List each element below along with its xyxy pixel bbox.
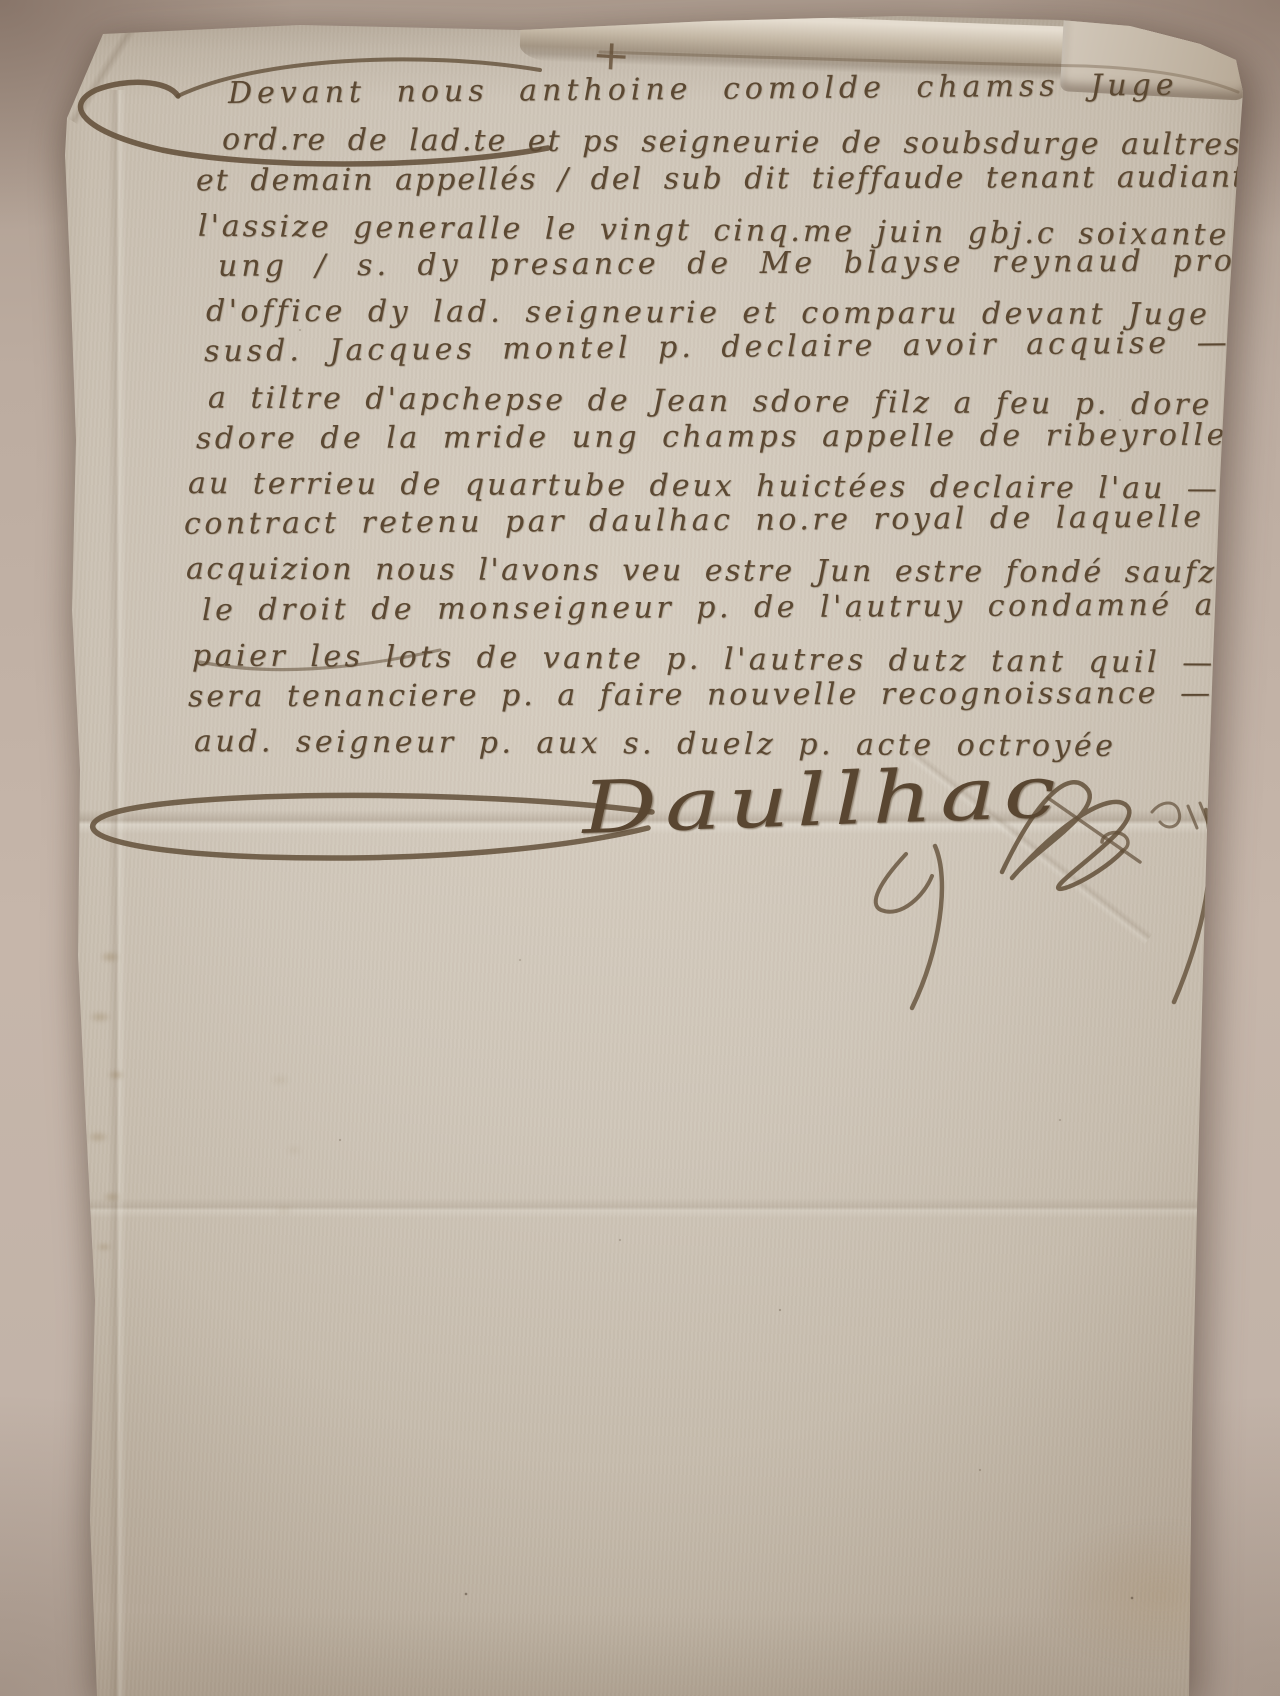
manuscript-text: Devant nous anthoine comolde chamss Juge… xyxy=(0,74,1280,762)
text-line: ung / s. dy presance de Me blayse reynau… xyxy=(0,239,1280,289)
paraph-abbreviation xyxy=(1152,803,1208,828)
lower-mark-descender xyxy=(912,846,942,1008)
text-line: contract retenu par daulhac no.re royal … xyxy=(0,495,1280,547)
signature-daullhac: Daullhac xyxy=(581,749,1066,850)
manuscript-page: + xyxy=(0,0,1280,1696)
signature-swash xyxy=(93,795,652,858)
paraph-descender xyxy=(1174,810,1210,1002)
text-line: et demain appellés / del sub dit tieffau… xyxy=(0,156,1280,203)
text-line: aud. seigneur p. aux s. duelz p. acte oc… xyxy=(0,719,1280,769)
paper-shadow: + xyxy=(0,0,1280,1696)
text-line: le droit de monseigneur p. de l'autruy c… xyxy=(0,583,1280,633)
lower-mark-loop xyxy=(876,854,932,912)
text-line: sera tenanciere p. a faire nouvelle reco… xyxy=(0,672,1280,719)
photo-stage: + xyxy=(0,0,1280,1696)
text-line: sdore de la mride ung champs appelle de … xyxy=(0,414,1280,461)
